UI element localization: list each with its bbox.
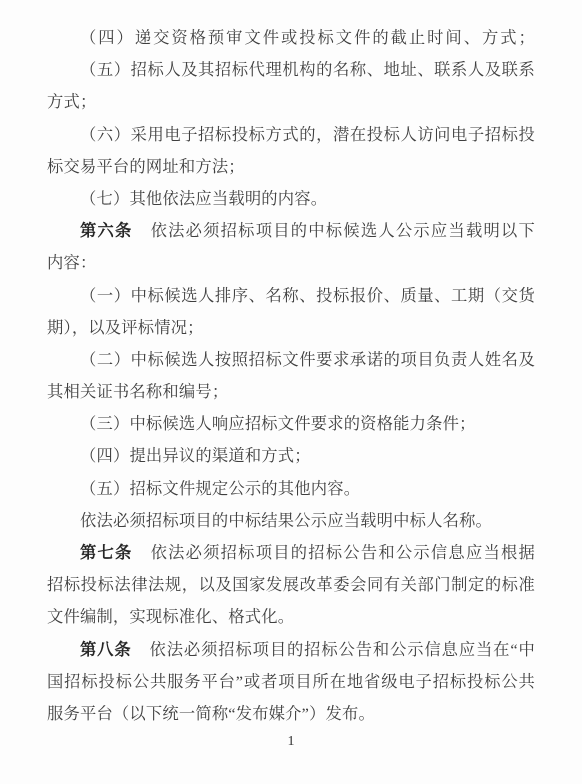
text-line: 国招标投标公共服务平台”或者项目所在地省级电子招标投标公共 bbox=[47, 666, 535, 698]
text-line: （三）中标候选人响应招标文件要求的资格能力条件； bbox=[47, 408, 535, 440]
line-text: （五）招标文件规定公示的其他内容。 bbox=[80, 479, 360, 498]
article-number: 第七条 bbox=[80, 543, 133, 562]
line-text: 依法必须招标项目的中标候选人公示应当载明以下 bbox=[151, 221, 535, 240]
text-line: （四）提出异议的渠道和方式； bbox=[47, 440, 535, 472]
text-line: 依法必须招标项目的中标结果公示应当载明中标人名称。 bbox=[47, 505, 535, 537]
text-line: 期），以及评标情况； bbox=[47, 312, 535, 344]
text-line: 标交易平台的网址和方法； bbox=[47, 151, 535, 183]
document-page: （四）递交资格预审文件或投标文件的截止时间、方式；（五）招标人及其招标代理机构的… bbox=[0, 0, 582, 784]
page-number: 1 bbox=[0, 733, 582, 751]
text-line: 服务平台（以下统一简称“发布媒介”）发布。 bbox=[47, 698, 535, 730]
text-line: 第六条依法必须招标项目的中标候选人公示应当载明以下 bbox=[47, 215, 535, 247]
text-line: （二）中标候选人按照招标文件要求承诺的项目负责人姓名及 bbox=[47, 344, 535, 376]
line-text: 其相关证书名称和编号； bbox=[47, 382, 228, 401]
text-line: （四）递交资格预审文件或投标文件的截止时间、方式； bbox=[47, 22, 535, 54]
text-line: 第七条依法必须招标项目的招标公告和公示信息应当根据 bbox=[47, 537, 535, 569]
line-text: 依法必须招标项目的招标公告和公示信息应当根据 bbox=[151, 543, 535, 562]
line-text: （五）招标人及其招标代理机构的名称、地址、联系人及联系 bbox=[80, 60, 535, 79]
text-line: 第八条依法必须招标项目的招标公告和公示信息应当在“中 bbox=[47, 634, 535, 666]
text-line: 文件编制，实现标准化、格式化。 bbox=[47, 601, 535, 633]
text-line: （七）其他依法应当载明的内容。 bbox=[47, 183, 535, 215]
text-line: 招标投标法律法规，以及国家发展改革委会同有关部门制定的标准 bbox=[47, 569, 535, 601]
line-text: （六）采用电子招标投标方式的，潜在投标人访问电子招标投 bbox=[80, 125, 535, 144]
line-text: （三）中标候选人响应招标文件要求的资格能力条件； bbox=[80, 414, 476, 433]
line-text: （七）其他依法应当载明的内容。 bbox=[80, 189, 327, 208]
line-text: （四）提出异议的渠道和方式； bbox=[80, 446, 311, 465]
line-text: 依法必须招标项目的中标结果公示应当载明中标人名称。 bbox=[80, 511, 492, 530]
line-text: 国招标投标公共服务平台”或者项目所在地省级电子招标投标公共 bbox=[47, 672, 535, 691]
text-line: （一）中标候选人排序、名称、投标报价、质量、工期（交货 bbox=[47, 280, 535, 312]
line-text: 期），以及评标情况； bbox=[47, 318, 204, 337]
line-text: 依法必须招标项目的招标公告和公示信息应当在“中 bbox=[150, 640, 535, 659]
document-body: （四）递交资格预审文件或投标文件的截止时间、方式；（五）招标人及其招标代理机构的… bbox=[47, 22, 535, 730]
line-text: 服务平台（以下统一简称“发布媒介”）发布。 bbox=[47, 704, 375, 723]
line-text: 标交易平台的网址和方法； bbox=[47, 157, 245, 176]
line-text: 内容： bbox=[47, 253, 96, 272]
text-line: 其相关证书名称和编号； bbox=[47, 376, 535, 408]
line-text: 方式； bbox=[47, 92, 96, 111]
text-line: （五）招标文件规定公示的其他内容。 bbox=[47, 473, 535, 505]
article-number: 第六条 bbox=[80, 221, 133, 240]
line-text: （二）中标候选人按照招标文件要求承诺的项目负责人姓名及 bbox=[80, 350, 535, 369]
line-text: 招标投标法律法规，以及国家发展改革委会同有关部门制定的标准 bbox=[47, 575, 535, 594]
text-line: （五）招标人及其招标代理机构的名称、地址、联系人及联系 bbox=[47, 54, 535, 86]
line-text: 文件编制，实现标准化、格式化。 bbox=[47, 607, 294, 626]
text-line: 方式； bbox=[47, 86, 535, 118]
text-line: （六）采用电子招标投标方式的，潜在投标人访问电子招标投 bbox=[47, 119, 535, 151]
article-number: 第八条 bbox=[80, 640, 132, 659]
line-text: （一）中标候选人排序、名称、投标报价、质量、工期（交货 bbox=[80, 286, 535, 305]
text-line: 内容： bbox=[47, 247, 535, 279]
line-text: （四）递交资格预审文件或投标文件的截止时间、方式； bbox=[80, 28, 535, 47]
